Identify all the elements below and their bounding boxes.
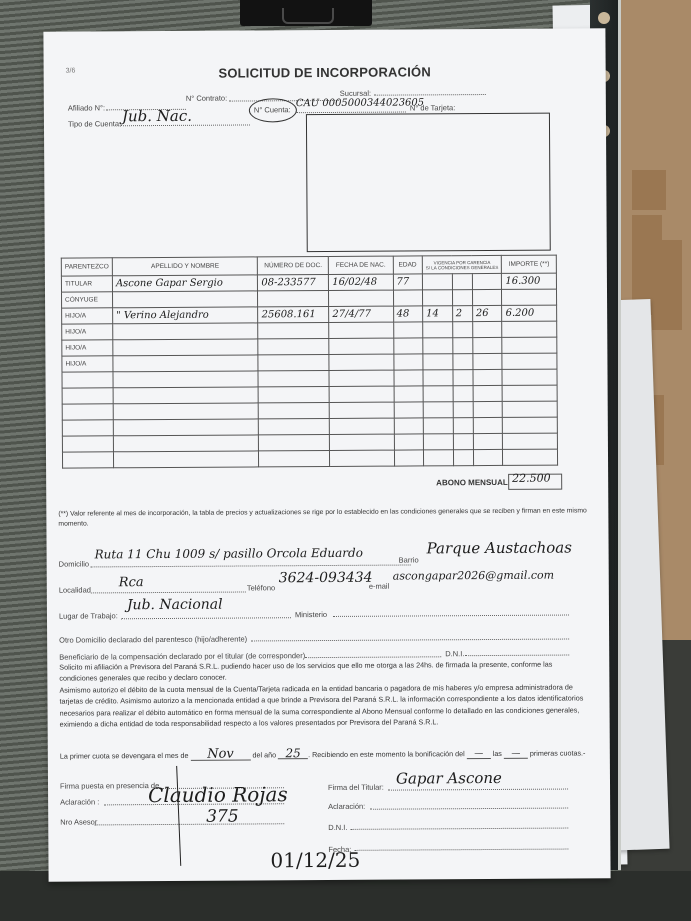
cell-nombre[interactable]: [113, 371, 259, 388]
legal-paragraph-1: Solicito mi afiliación a Previsora del P…: [59, 658, 589, 684]
cell-parentezco[interactable]: TITULAR: [61, 276, 112, 292]
cell-edad[interactable]: [394, 386, 424, 402]
cell-vigencia-anio[interactable]: [473, 401, 503, 417]
cell-vigencia-dia[interactable]: [423, 338, 453, 354]
firma-presencia-label: Firma puesta en presencia de: [60, 781, 159, 791]
col-parentezco: PARENTEZCO: [61, 258, 112, 276]
dni-field[interactable]: [350, 828, 568, 830]
cell-importe[interactable]: [502, 321, 557, 337]
table-row: [62, 449, 557, 468]
cell-parentezco[interactable]: [62, 404, 113, 420]
tipo-cuenta-label: Tipo de Cuenta:: [68, 119, 121, 128]
cell-edad[interactable]: 48: [393, 306, 423, 322]
cell-parentezco[interactable]: [62, 388, 113, 404]
cell-vigencia-dia[interactable]: [423, 434, 453, 450]
sucursal-field[interactable]: [374, 94, 486, 96]
cell-importe[interactable]: [502, 369, 557, 385]
cell-edad[interactable]: [394, 450, 424, 466]
cell-vigencia-anio[interactable]: [472, 321, 502, 337]
cell-nombre[interactable]: [113, 323, 259, 340]
cell-parentezco[interactable]: HIJO/A: [62, 324, 113, 340]
cell-parentezco[interactable]: HIJO/A: [62, 308, 113, 324]
fecha-field[interactable]: [354, 849, 568, 851]
cell-importe[interactable]: 16.300: [502, 273, 557, 289]
first-quota-month[interactable]: Nov: [190, 749, 250, 760]
wood-piece: [652, 240, 682, 330]
col-fecha: FECHA DE NAC.: [329, 256, 393, 274]
beneficiario-dni-label: D.N.I.: [445, 649, 464, 658]
signature-stroke: [176, 766, 181, 866]
cell-vigencia-mes[interactable]: [452, 290, 472, 306]
tipo-cuenta-value: Jub. Nac.: [122, 107, 192, 125]
first-quota-line: La primer cuota se devengara el mes de N…: [60, 746, 590, 762]
barrio-label: Barrio: [399, 555, 419, 564]
cell-doc[interactable]: 25608.161: [258, 306, 329, 322]
localidad-field[interactable]: [91, 591, 246, 593]
cell-vigencia-dia[interactable]: [423, 402, 453, 418]
application-form: 3/6 SOLICITUD DE INCORPORACIÓN Afiliado …: [43, 28, 610, 881]
aclaracion-right-label: Aclaración:: [328, 802, 365, 811]
cell-doc[interactable]: [259, 434, 330, 450]
cell-nombre[interactable]: " Verino Alejandro: [113, 307, 259, 324]
cell-parentezco[interactable]: [62, 436, 113, 452]
firma-titular-field[interactable]: [388, 789, 568, 791]
cell-nombre[interactable]: [113, 435, 259, 452]
aclaracion-left-label: Aclaración :: [60, 797, 99, 806]
members-table: PARENTEZCO APELLIDO Y NOMBRE NÚMERO DE D…: [61, 255, 558, 469]
cell-fecha[interactable]: [329, 338, 393, 354]
cell-doc[interactable]: [259, 402, 330, 418]
cell-parentezco[interactable]: CÓNYUGE: [62, 292, 113, 308]
otro-domicilio-field[interactable]: [251, 639, 569, 642]
sucursal-label: Sucursal:: [340, 89, 371, 98]
cell-edad[interactable]: [394, 370, 424, 386]
cell-vigencia-mes[interactable]: [453, 418, 473, 434]
cell-doc[interactable]: [258, 290, 329, 306]
first-quota-text: La primer cuota se devengara el mes de: [60, 751, 189, 761]
cell-parentezco[interactable]: [62, 372, 113, 388]
cell-vigencia-mes[interactable]: [453, 386, 473, 402]
ministerio-field[interactable]: [333, 615, 569, 617]
cell-doc[interactable]: 08-233577: [258, 274, 329, 290]
cell-fecha[interactable]: [329, 402, 393, 418]
cell-importe[interactable]: [502, 353, 557, 369]
photo-box: [306, 113, 551, 252]
localidad-value: Rca: [119, 575, 144, 590]
bonificacion-field[interactable]: —: [467, 750, 491, 759]
lugar-trabajo-label: Lugar de Trabajo:: [59, 611, 118, 620]
cell-vigencia-dia[interactable]: [422, 274, 452, 290]
localidad-label: Localidad: [59, 585, 91, 594]
cell-vigencia-dia[interactable]: [423, 354, 453, 370]
cell-vigencia-mes[interactable]: [453, 354, 473, 370]
aclaracion-left-value: Claudio Rojas: [148, 782, 288, 807]
cell-nombre[interactable]: [112, 291, 258, 308]
cell-fecha[interactable]: [329, 370, 393, 386]
cell-vigencia-dia[interactable]: [423, 386, 453, 402]
fecha-value: 01/12/25: [270, 848, 360, 873]
cell-vigencia-dia[interactable]: [423, 450, 453, 466]
cell-parentezco[interactable]: HIJO/A: [62, 356, 113, 372]
lugar-trabajo-field[interactable]: [121, 617, 291, 619]
cell-importe[interactable]: [502, 337, 557, 353]
cell-fecha[interactable]: [330, 450, 394, 466]
cell-vigencia-mes[interactable]: [453, 370, 473, 386]
barrio-value: Parque Austachoas: [427, 539, 572, 558]
col-vigencia: VIGENCIA POR CARENCIA S/ LA CONDICIONES …: [422, 255, 502, 273]
cell-nombre[interactable]: [113, 387, 259, 404]
first-quota-text: las: [493, 749, 502, 758]
cell-fecha[interactable]: [329, 322, 393, 338]
first-quota-year[interactable]: 25: [278, 748, 308, 759]
aclaracion-right-field[interactable]: [370, 808, 568, 810]
cell-parentezco[interactable]: [62, 420, 113, 436]
first-quota-text: primeras cuotas.-: [530, 748, 586, 757]
cuotas-field[interactable]: —: [504, 750, 528, 759]
cell-importe[interactable]: 6.200: [502, 305, 557, 321]
cell-vigencia-dia[interactable]: [423, 418, 453, 434]
beneficiario-dni-field[interactable]: [465, 655, 569, 657]
asesor-field[interactable]: [94, 823, 284, 825]
cell-vigencia-anio[interactable]: [473, 449, 503, 465]
cell-edad[interactable]: [393, 338, 423, 354]
cell-vigencia-mes[interactable]: [452, 274, 472, 290]
cell-importe[interactable]: [503, 385, 558, 401]
afiliado-label: Afiliado N°:: [68, 103, 105, 112]
cell-edad[interactable]: [394, 418, 424, 434]
cell-edad[interactable]: [393, 322, 423, 338]
cuenta-label: N° Cuenta:: [254, 105, 291, 114]
cell-vigencia-anio[interactable]: [473, 385, 503, 401]
cell-vigencia-mes[interactable]: [453, 402, 473, 418]
cell-vigencia-anio[interactable]: [473, 369, 503, 385]
cell-doc[interactable]: [259, 418, 330, 434]
cell-doc[interactable]: [258, 322, 329, 338]
cell-vigencia-anio[interactable]: [472, 273, 502, 289]
cell-fecha[interactable]: [329, 354, 393, 370]
col-nombre: APELLIDO Y NOMBRE: [112, 257, 258, 276]
cuenta-value: CAU 0005000344023605: [296, 97, 424, 109]
cell-vigencia-anio[interactable]: [473, 433, 503, 449]
cell-fecha[interactable]: [330, 418, 394, 434]
cell-edad[interactable]: [394, 434, 424, 450]
domicilio-label: Domicilio: [59, 559, 89, 568]
contrato-label: N° Contrato:: [186, 94, 227, 103]
cell-edad[interactable]: [393, 290, 423, 306]
asesor-value: 375: [206, 807, 239, 827]
cell-fecha[interactable]: [329, 386, 393, 402]
col-edad: EDAD: [393, 256, 423, 274]
cell-vigencia-dia[interactable]: 14: [423, 306, 453, 322]
cell-parentezco[interactable]: HIJO/A: [62, 340, 113, 356]
cell-vigencia-anio[interactable]: [472, 289, 502, 305]
cell-fecha[interactable]: [330, 434, 394, 450]
punch-hole: [598, 12, 610, 24]
cell-vigencia-dia[interactable]: [423, 370, 453, 386]
cell-fecha[interactable]: [329, 290, 393, 306]
cell-importe[interactable]: [503, 449, 558, 465]
first-quota-text: . Recibiendo en este momento la bonifica…: [308, 749, 465, 759]
binder-clip: [240, 0, 372, 26]
cell-fecha[interactable]: 27/4/77: [329, 306, 393, 322]
otro-domicilio-label: Otro Domicilio declarado del parentesco …: [59, 634, 247, 644]
footnote: (**) Valor referente al mes de incorpora…: [58, 506, 588, 529]
cell-doc[interactable]: [258, 354, 329, 370]
cell-parentezco[interactable]: [62, 452, 113, 468]
cell-vigencia-mes[interactable]: 2: [452, 306, 472, 322]
telefono-value: 3624-093434: [279, 570, 373, 587]
dni-label: D.N.I.: [328, 823, 347, 832]
cell-nombre[interactable]: [113, 419, 259, 436]
tarjeta-label: N° de Tarjeta:: [410, 103, 455, 112]
cell-fecha[interactable]: 16/02/48: [329, 274, 393, 290]
col-importe: IMPORTE (**): [502, 255, 557, 273]
cell-importe[interactable]: [503, 417, 558, 433]
cell-nombre[interactable]: [113, 451, 259, 468]
col-doc: NÚMERO DE DOC.: [258, 256, 329, 274]
cell-importe[interactable]: [503, 401, 558, 417]
cell-nombre[interactable]: [113, 339, 259, 356]
legal-paragraph-2: Asimismo autorizo el débito de la cuota …: [59, 681, 589, 730]
cell-vigencia-anio[interactable]: 26: [472, 305, 502, 321]
cell-vigencia-anio[interactable]: [473, 417, 503, 433]
cell-nombre[interactable]: [113, 403, 259, 420]
wood-piece: [632, 170, 666, 210]
cell-nombre[interactable]: [113, 355, 259, 372]
firma-titular-value: Gapar Ascone: [396, 769, 502, 788]
cell-doc[interactable]: [258, 370, 329, 386]
cell-edad[interactable]: 77: [393, 274, 423, 290]
cell-doc[interactable]: [259, 386, 330, 402]
telefono-label: Teléfono: [247, 583, 275, 592]
cell-vigencia-dia[interactable]: [422, 290, 452, 306]
cell-edad[interactable]: [393, 354, 423, 370]
cell-importe[interactable]: [503, 433, 558, 449]
cell-vigencia-mes[interactable]: [453, 434, 473, 450]
cell-vigencia-mes[interactable]: [452, 322, 472, 338]
firma-titular-label: Firma del Titular:: [328, 783, 384, 792]
abono-mensual-value: 22.500: [512, 472, 551, 485]
cell-vigencia-mes[interactable]: [453, 450, 473, 466]
beneficiario-field[interactable]: [305, 656, 441, 658]
lugar-trabajo-value: Jub. Nacional: [127, 597, 223, 614]
cell-vigencia-dia[interactable]: [423, 322, 453, 338]
abono-mensual-label: ABONO MENSUAL: [436, 478, 508, 487]
ministerio-label: Ministerio: [295, 610, 327, 619]
asesor-label: Nro Asesor: [60, 817, 97, 826]
cell-vigencia-anio[interactable]: [473, 337, 503, 353]
domicilio-value: Ruta 11 Chu 1009 s/ pasillo Orcola Eduar…: [95, 546, 363, 562]
email-label: e-mail: [369, 582, 389, 591]
domicilio-field[interactable]: [91, 564, 411, 567]
cell-vigencia-anio[interactable]: [473, 353, 503, 369]
cell-doc[interactable]: [258, 338, 329, 354]
cell-doc[interactable]: [259, 450, 330, 466]
cell-importe[interactable]: [502, 289, 557, 305]
form-title: SOLICITUD DE INCORPORACIÓN: [44, 63, 606, 81]
cell-vigencia-mes[interactable]: [452, 338, 472, 354]
first-quota-text: del año: [252, 750, 276, 759]
cell-edad[interactable]: [394, 402, 424, 418]
col-vigencia-sub: S/ LA CONDICIONES GENERALES: [426, 264, 499, 269]
cell-nombre[interactable]: Ascone Gapar Sergio: [112, 275, 258, 292]
email-value: ascongapar2026@gmail.com: [393, 569, 554, 583]
